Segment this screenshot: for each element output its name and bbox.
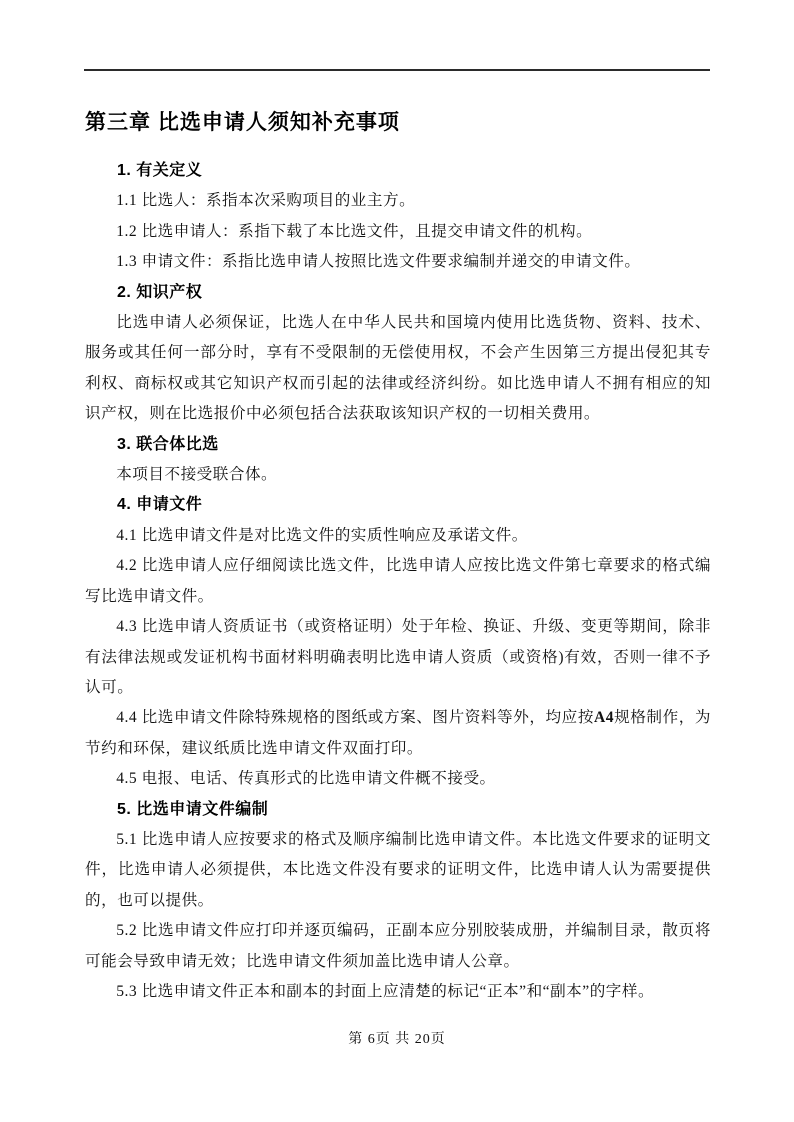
header-rule [84,69,710,71]
paragraph-1-3: 1.3 申请文件：系指比选申请人按照比选文件要求编制并递交的申请文件。 [85,247,711,277]
paragraph-5-2: 5.2 比选申请文件应打印并逐页编码，正副本应分别胶装成册，并编制目录，散页将可… [85,916,711,977]
paragraph-5-3: 5.3 比选申请文件正本和副本的封面上应清楚的标记“正本”和“副本”的字样。 [85,977,711,1007]
paragraph-consortium-body: 本项目不接受联合体。 [85,460,711,490]
section-heading-application-documents: 4. 申请文件 [85,490,711,520]
paragraph-1-2: 1.2 比选申请人：系指下载了本比选文件，且提交申请文件的机构。 [85,217,711,247]
section-heading-intellectual-property: 2. 知识产权 [85,278,711,308]
paragraph-1-1: 1.1 比选人：系指本次采购项目的业主方。 [85,186,711,216]
paragraph-4-5: 4.5 电报、电话、传真形式的比选申请文件概不接受。 [85,764,711,794]
paragraph-4-3: 4.3 比选申请人资质证书（或资格证明）处于年检、换证、升级、变更等期间，除非有… [85,612,711,703]
paragraph-4-4-bold-a4: A4 [594,709,614,726]
paragraph-4-2: 4.2 比选申请人应仔细阅读比选文件，比选申请人应按比选文件第七章要求的格式编写… [85,551,711,612]
document-body: 1. 有关定义 1.1 比选人：系指本次采购项目的业主方。 1.2 比选申请人：… [85,156,711,1007]
page-number-indicator: 第 6页 共 20页 [0,1028,794,1048]
paragraph-4-4-text-before: 4.4 比选申请文件除特殊规格的图纸或方案、图片资料等外，均应按 [116,709,594,726]
section-heading-consortium: 3. 联合体比选 [85,430,711,460]
page-title: 第三章 比选申请人须知补充事项 [85,106,400,136]
section-heading-document-preparation: 5. 比选申请文件编制 [85,795,711,825]
paragraph-ip-body: 比选申请人必须保证，比选人在中华人民共和国境内使用比选货物、资料、技术、服务或其… [85,308,711,430]
paragraph-4-4: 4.4 比选申请文件除特殊规格的图纸或方案、图片资料等外，均应按A4规格制作，为… [85,703,711,764]
document-page: { "meta": { "background_color": "#ffffff… [0,0,794,1122]
paragraph-4-1: 4.1 比选申请文件是对比选文件的实质性响应及承诺文件。 [85,521,711,551]
section-heading-definitions: 1. 有关定义 [85,156,711,186]
paragraph-5-1: 5.1 比选申请人应按要求的格式及顺序编制比选申请文件。本比选文件要求的证明文件… [85,825,711,916]
